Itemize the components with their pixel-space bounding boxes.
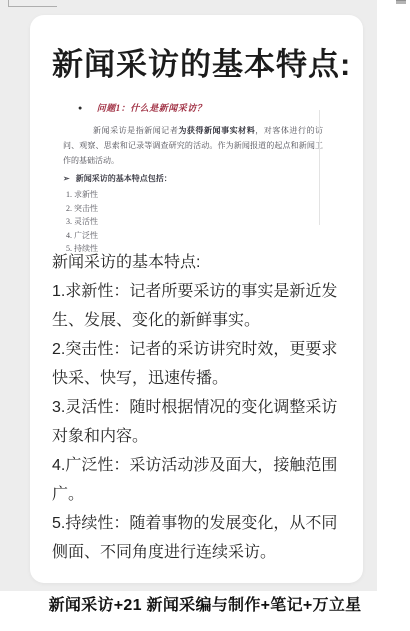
cropped-frame-line-vertical (8, 0, 9, 7)
slide-question-text: 问题1：什么是新闻采访？ (97, 101, 207, 114)
notes-item: 2.突击性：记者的采访讲究时效，更要求快采、快写，迅速传播。 (52, 335, 352, 393)
slide-para-pre: 新闻采访是指新闻记者 (93, 126, 178, 135)
notes-text-block: 新闻采访的基本特点: 1.求新性：记者所要采访的事实是新近发生、发展、变化的新鲜… (52, 248, 352, 567)
bullet-icon: ● (78, 104, 83, 112)
slide-point-item: 1. 求新性 (66, 188, 356, 202)
slide-definition-paragraph: 新闻采访是指新闻记者为获得新闻事实材料，对客体进行的访问、观察、思索和记录等调查… (63, 123, 323, 168)
slide-para-bold: 为获得新闻事实材料 (178, 126, 255, 135)
slide-screenshot-image[interactable]: ● 问题1：什么是新闻采访？ 新闻采访是指新闻记者为获得新闻事实材料，对客体进行… (60, 97, 356, 256)
scrollbar-thumb[interactable] (396, 0, 406, 4)
slide-point-item: 4. 广泛性 (66, 229, 356, 243)
cropped-frame-line-horizontal (8, 6, 57, 7)
notes-item: 5.持续性：随着事物的发展变化，从不同侧面、不同角度进行连续采访。 (52, 509, 352, 567)
slide-point-item: 2. 突击性 (66, 202, 356, 216)
notes-item: 3.灵活性：随时根据情况的变化调整采访对象和内容。 (52, 393, 352, 451)
notes-item: 4.广泛性：采访活动涉及面大，接触范围广。 (52, 451, 352, 509)
notes-item: 1.求新性：记者所要采访的事实是新近发生、发展、变化的新鲜事实。 (52, 277, 352, 335)
note-page-card: 新闻采访的基本特点: ● 问题1：什么是新闻采访？ 新闻采访是指新闻记者为获得新… (30, 15, 363, 583)
slide-textbox-border (319, 110, 320, 225)
slide-points-intro-text: 新闻采访的基本特点包括： (76, 174, 172, 183)
image-viewer-background: 新闻采访的基本特点: ● 问题1：什么是新闻采访？ 新闻采访是指新闻记者为获得新… (0, 0, 377, 591)
slide-question-heading: ● 问题1：什么是新闻采访？ (78, 101, 356, 114)
slide-points-list: 1. 求新性 2. 突击性 3. 灵活性 4. 广泛性 5. 持续性 (66, 188, 356, 256)
notes-heading: 新闻采访的基本特点: (52, 248, 352, 277)
caption: 新闻采访+21 新闻采编与制作+笔记+万立星 (0, 592, 410, 615)
slide-point-item: 3. 灵活性 (66, 215, 356, 229)
arrowhead-bullet-icon: ➢ (63, 174, 70, 183)
page-title: 新闻采访的基本特点: (52, 39, 351, 84)
slide-points-intro-line: ➢ 新闻采访的基本特点包括： (63, 173, 356, 184)
